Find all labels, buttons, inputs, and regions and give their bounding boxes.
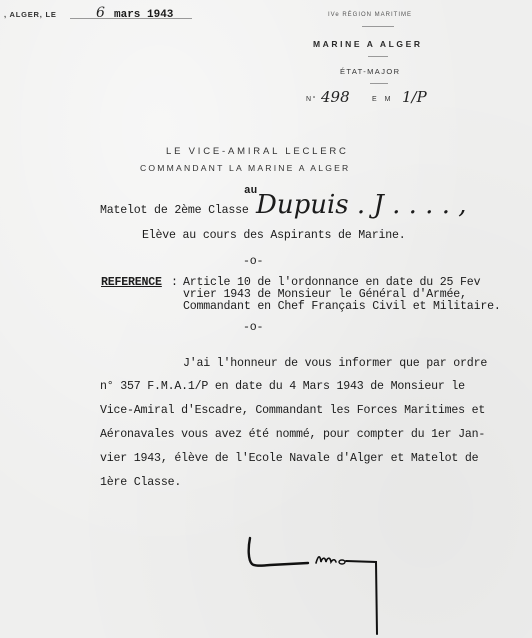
- body-line: 1ère Classe.: [100, 476, 181, 489]
- recipient-status: Elève au cours des Aspirants de Marine.: [142, 229, 406, 242]
- signature: [240, 528, 390, 638]
- reference-line: Commandant en Chef Français Civil et Mil…: [183, 300, 501, 313]
- recipient-rank: Matelot de 2ème Classe: [100, 204, 249, 217]
- date-day-handwritten: 6: [96, 5, 105, 21]
- sender-role: COMMANDANT LA MARINE A ALGER: [140, 163, 350, 173]
- department-heading: ÉTAT-MAJOR: [340, 67, 400, 76]
- recipient-name: Dupuis . J . . . . ,: [256, 190, 467, 220]
- divider: [368, 56, 388, 57]
- reference-label: REFERENCE: [101, 276, 162, 289]
- number-label: N°: [306, 96, 317, 103]
- number-value: 498: [321, 88, 350, 106]
- body-line: Aéronavales vous avez été nommé, pour co…: [100, 428, 485, 441]
- section-separator: -o-: [243, 321, 263, 334]
- office-label: E M: [372, 96, 393, 103]
- body-line: vier 1943, élève de l'Ecole Navale d'Alg…: [100, 452, 478, 465]
- place-label: , ALGER, LE: [4, 10, 57, 19]
- body-line: J'ai l'honneur de vous informer que par …: [183, 357, 487, 370]
- document-page: , ALGER, LE 6 mars 1943 IVe RÉGION MARIT…: [0, 0, 532, 638]
- body-line: n° 357 F.M.A.1/P en date du 4 Mars 1943 …: [100, 380, 465, 393]
- sender-title: LE VICE-AMIRAL LECLERC: [166, 146, 349, 157]
- body-line: Vice-Amiral d'Escadre, Commandant les Fo…: [100, 404, 485, 417]
- office-value: 1/P: [402, 88, 427, 106]
- unit-heading: MARINE A ALGER: [313, 39, 423, 49]
- section-separator: -o-: [243, 255, 263, 268]
- region-heading: IVe RÉGION MARITIME: [328, 12, 412, 18]
- date-month-year: mars 1943: [114, 9, 173, 21]
- divider: [362, 26, 394, 27]
- reference-colon: :: [171, 276, 178, 289]
- divider: [370, 83, 388, 84]
